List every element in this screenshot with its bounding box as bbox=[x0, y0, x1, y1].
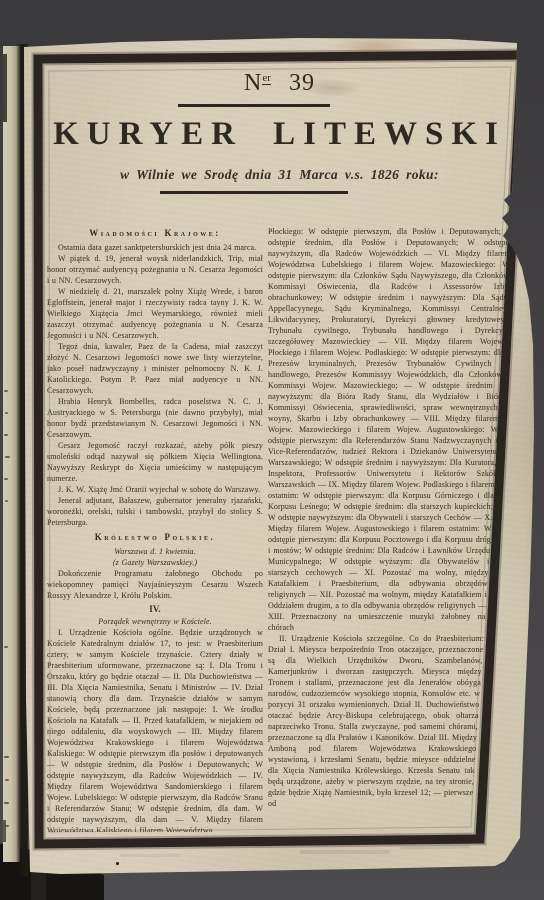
text-block: Porządek wewnętrzny w Kościele. bbox=[47, 616, 263, 627]
text-block: Hrabia Henryk Bombelles, radca poselstwa… bbox=[47, 396, 263, 440]
text-block: W piątek d. 19, jenerał woysk niderlandz… bbox=[47, 253, 263, 286]
text-block: Dokończenie Programatu żałobnego Obchodu… bbox=[47, 568, 263, 601]
text-block: I. Urządzenie Kościoła ogólne. Będzie ur… bbox=[47, 627, 263, 832]
left-column: Wiadomości Krajowe:Ostatnia data gazet s… bbox=[47, 226, 263, 832]
text-block: W niedzielę d. 21, marszałek polny Xiążę… bbox=[47, 286, 263, 341]
masthead: Ner39 KURYER LITEWSKI w Wilnie we Srodę … bbox=[47, 55, 512, 194]
text-block: Płockiego: W odstępie pierwszym, dla Pos… bbox=[268, 226, 513, 633]
text-block: Cesarz Jegomość raczył rozkazać, ażeby p… bbox=[47, 440, 263, 484]
text-block: Jenerał adjutant, Bałaszew, gubernator j… bbox=[47, 495, 263, 528]
text-block: Ostatnia data gazet sanktpetersburskich … bbox=[47, 242, 263, 253]
newspaper-page: Ner39 KURYER LITEWSKI w Wilnie we Srodę … bbox=[0, 0, 544, 900]
showthrough-smudge bbox=[120, 854, 180, 857]
ink-dot-artifact bbox=[116, 862, 119, 865]
text-block: Królestwo Polskie. bbox=[47, 532, 263, 543]
issue-superscript: er bbox=[262, 72, 271, 85]
masthead-rule-bottom bbox=[160, 191, 348, 194]
issue-number: 39 bbox=[289, 70, 315, 96]
previous-page-frame-fragment-bottom bbox=[3, 820, 6, 842]
text-block: IV. bbox=[47, 604, 263, 615]
text-block: Wiadomości Krajowe: bbox=[47, 228, 263, 239]
previous-page-frame-fragment bbox=[3, 54, 7, 122]
newspaper-title: KURYER LITEWSKI bbox=[47, 116, 512, 153]
right-column: Płockiego: W odstępie pierwszym, dla Pos… bbox=[268, 226, 513, 830]
issue-prefix: N bbox=[244, 70, 262, 96]
issue-number-line: Ner39 bbox=[47, 55, 512, 97]
masthead-rule-top bbox=[178, 104, 330, 107]
text-block: J. K. W. Xiążę Jmć Oranii wyjechał w sob… bbox=[47, 484, 263, 495]
article-columns: Wiadomości Krajowe:Ostatnia data gazet s… bbox=[47, 226, 513, 832]
text-block: (z Gazety Warszawskiey.) bbox=[47, 557, 263, 568]
showthrough-smudge bbox=[300, 850, 390, 854]
text-block: Tegoż dnia, kawaler, Paez de la Cadena, … bbox=[47, 341, 263, 396]
masthead-dateline: w Wilnie we Srodę dnia 31 Marca v.s. 182… bbox=[47, 167, 512, 183]
showthrough-smudge bbox=[400, 845, 470, 849]
text-block: Warszawa d. 1 kwietnia. bbox=[47, 546, 263, 557]
